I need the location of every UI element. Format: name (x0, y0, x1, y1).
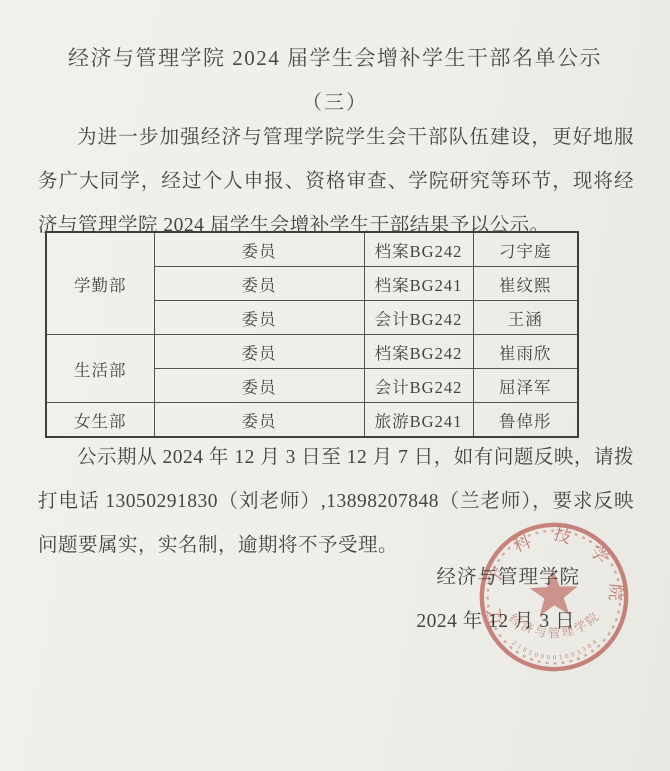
class-cell: 会计BG242 (364, 369, 473, 403)
class-cell: 档案BG242 (364, 232, 473, 267)
document-page: 经济与管理学院 2024 届学生会增补学生干部名单公示 （三） 为进一步加强经济… (0, 0, 670, 771)
intro-paragraph: 为进一步加强经济与管理学院学生会干部队伍建设，更好地服务广大同学，经过个人申报、… (38, 116, 634, 248)
position-cell: 委员 (154, 403, 364, 438)
department-cell: 生活部 (46, 335, 154, 403)
department-cell: 学勤部 (46, 232, 154, 335)
class-cell: 旅游BG241 (364, 403, 473, 438)
name-cell: 屈泽军 (473, 369, 578, 403)
position-cell: 委员 (154, 232, 364, 267)
position-cell: 委员 (154, 369, 364, 403)
class-cell: 档案BG242 (364, 335, 473, 369)
table-row: 女生部 委员 旅游BG241 鲁倬彤 (46, 403, 578, 438)
seal-inner-text: 经济与管理学院 (506, 608, 603, 642)
table-row: 生活部 委员 档案BG242 崔雨欣 (46, 335, 578, 369)
document-subtitle: （三） (0, 86, 670, 115)
position-cell: 委员 (154, 267, 364, 301)
name-cell: 鲁倬彤 (473, 403, 578, 438)
document-title: 经济与管理学院 2024 届学生会增补学生干部名单公示 (0, 42, 670, 72)
name-cell: 崔雨欣 (473, 335, 578, 369)
seal-star-icon (529, 569, 579, 616)
name-cell: 刁宇庭 (473, 232, 578, 267)
name-cell: 王涵 (473, 301, 578, 335)
roster-table: 学勤部 委员 档案BG242 刁宇庭 委员 档案BG241 崔纹熙 委员 会计B… (45, 231, 579, 438)
class-cell: 会计BG242 (364, 301, 473, 335)
table-row: 学勤部 委员 档案BG242 刁宇庭 (46, 232, 578, 267)
position-cell: 委员 (154, 301, 364, 335)
official-seal: 辽宁科技学院 经济与管理学院 210500001003304 (473, 516, 634, 677)
department-cell: 女生部 (46, 403, 154, 438)
class-cell: 档案BG241 (364, 267, 473, 301)
name-cell: 崔纹熙 (473, 267, 578, 301)
position-cell: 委员 (154, 335, 364, 369)
